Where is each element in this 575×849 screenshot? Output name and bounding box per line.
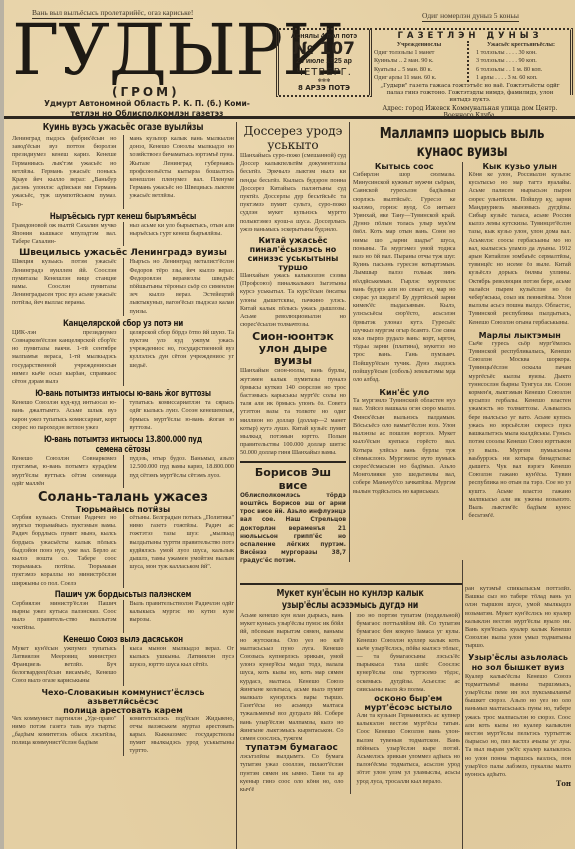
article-e1: ран кутэмъё спикылысьм поттэлӥз. Вашкы с… [465,585,571,849]
subscription-title: ГАЗЕТЛЭН ДУНЫЗ [370,31,570,41]
headline-a9: Кенешо Союз вылэ дасяськон [34,635,212,645]
headline-a2: Ныръёсысь гурт кенеш быръямъёсы [34,212,212,222]
headline-c1: Маллампэ шорысь выль кунаос вуизы [375,124,549,160]
column-right: Маллампэ шорысь выль кунаос вуизы Кытысь… [353,124,571,520]
article-d1: Мукет кун'ёсын но кунлэр калык узыр'ёслы… [240,588,460,849]
headline-b2: Китай ужасьёс пинал'ёсызлэсь но синизэс … [240,236,346,272]
headline-b1: Доссерез уродэ уськыто [240,124,346,152]
price-institutions: Учреждениослы Одиг толэзьлы 1 манет Куин… [374,41,464,82]
column-divider [462,560,463,849]
headline-a5: Ю-вань потымтэз интыосы ю-вань ӝог вутто… [34,389,212,399]
subheadline-a7: Тюрьмаӥысь потӥзы [12,505,234,514]
newspaper-page: Вань выл вылъёсысь пролетарийёс, огаз ка… [4,0,575,849]
headline-a4: Канцелярской сбор уз потэ ни [34,319,212,329]
headline-a1: Куинь вуэсь ужасьёс огазе вуылӥзы [34,122,212,133]
issue-box: Арнялы 4 пол потэ № 107 23 июле 1925 ар … [276,28,372,97]
slogan-right: Одиг номерлэн дуныз 5 коньы [422,11,519,22]
column-left: Куинь вуэсь ужасьёс огазе вуылӥзы Ленинг… [12,122,234,756]
headline-a6: Ю-вань потымтэз интыосы 13.800.000 пуд с… [34,435,212,455]
headline-a3: Швецилысь ужасьёс Ленинградэ вуизы [12,248,234,258]
issue-price: 8 АРЗЭ ПОТЭ [279,84,369,92]
signature: Тон [465,779,571,788]
divider [467,41,473,82]
newspaper-subtitle: (ГРОМ) [112,85,180,99]
subscription-box: ГАЗЕТЛЭН ДУНЫЗ Учреждениослы Одиг толэзь… [370,28,573,95]
headline-b3: Сион-юонтэк улон дыре вуизы [240,331,346,367]
headline-a8: Пашич уж бордысьтыз палэнскем [34,590,212,600]
issue-number: № 107 [279,40,369,58]
headline-a7: Солань-талань ужасез [12,490,234,505]
column-divider [349,122,350,562]
subscription-note: „Гудыри" газета гажаса гожтэтъёс но ваё.… [370,82,570,105]
issue-date: 23 июле 1925 ар [279,58,369,65]
issue-weekday: ЧЕТВЕРГ. [279,67,369,78]
masthead-rule [4,116,575,119]
headline-d1: Мукет кун'ёсын но кунлэр калык узыр'ёслы… [262,588,438,612]
column-middle: Доссерез уродэ уськыто Шанхайысь суро-по… [240,124,346,566]
headline-a10: Чехо-Словакиын коммунист'ёслэсь азьветлӥ… [12,688,234,706]
price-workers: Ужасьёс крестьянъёслы: 1 толэзьлы . . . … [476,41,566,82]
section-rule [240,583,462,585]
column-divider [236,122,237,849]
headline-b4: Борисов Эш висе [240,466,346,492]
headline-e1: Узыр'ёслы азьлолась но зол бышкет вуиз [465,653,571,673]
